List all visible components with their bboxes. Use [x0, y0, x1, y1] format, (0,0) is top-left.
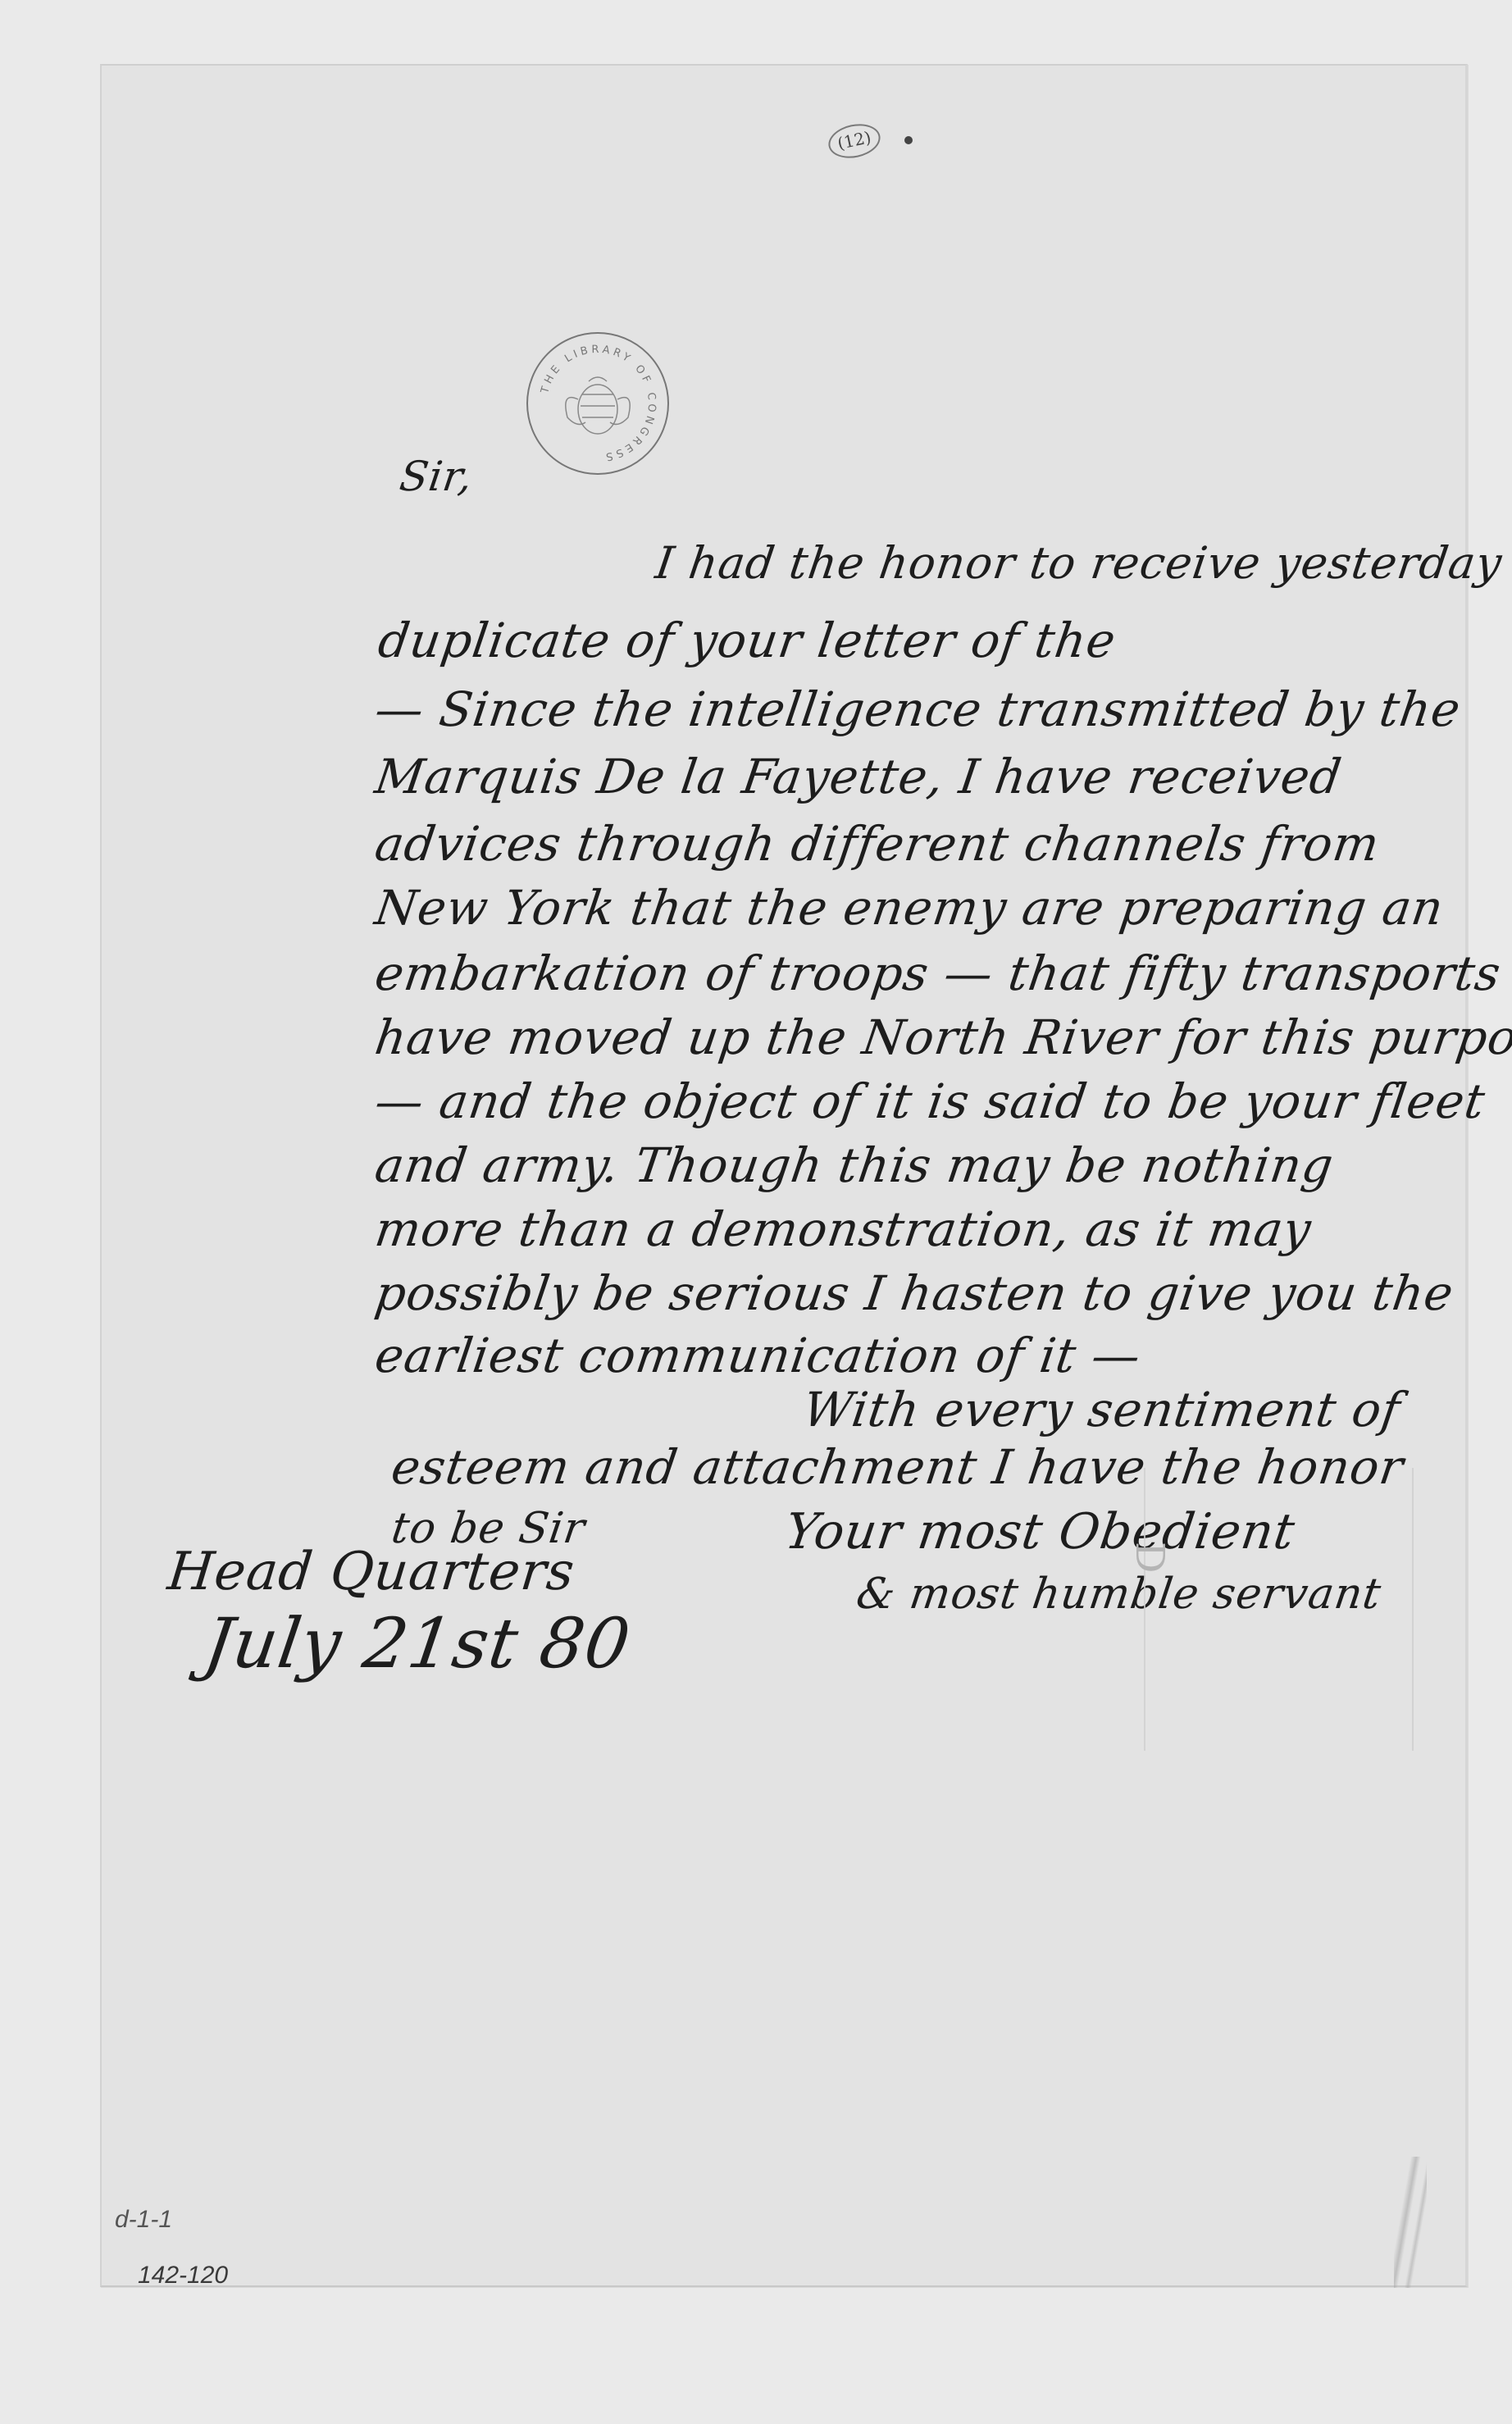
body-line: advices through different channels from [372, 820, 1382, 868]
closing-line: With every sentiment of [800, 1386, 1404, 1433]
body-line: earliest communication of it — [372, 1332, 1144, 1379]
body-line: possibly be serious I hasten to give you… [372, 1269, 1457, 1317]
archive-code-1: d-1-1 [115, 2206, 172, 2234]
body-line: I had the honor to receive yesterday [653, 541, 1505, 585]
docket-note: D [1127, 1542, 1173, 1573]
body-line: more than a demonstration, as it may [372, 1205, 1314, 1253]
folio-dot [904, 136, 913, 144]
manuscript-scan: (12) THE LIBRARY OF CONGRESS Sir, I had … [0, 0, 1512, 2424]
place-line: Head Quarters [165, 1542, 577, 1602]
body-line: have moved up the North River for this p… [372, 1014, 1512, 1061]
docket-strip [1144, 1468, 1414, 1751]
body-line: and army. Though this may be nothing [372, 1141, 1337, 1189]
body-line: — and the object of it is said to be you… [372, 1078, 1488, 1125]
body-line: New York that the enemy are preparing an [372, 884, 1446, 932]
salutation: Sir, [397, 456, 476, 497]
library-of-congress-stamp: THE LIBRARY OF CONGRESS [526, 332, 669, 475]
eagle-seal-icon: THE LIBRARY OF CONGRESS [528, 334, 667, 473]
body-line: embarkation of troops — that fifty trans… [372, 950, 1504, 997]
svg-text:THE LIBRARY OF CONGRESS: THE LIBRARY OF CONGRESS [539, 344, 658, 463]
body-line: — Since the intelligence transmitted by … [372, 686, 1464, 733]
body-line: Marquis De la Fayette, I have received [372, 753, 1345, 800]
body-line: duplicate of your letter of the [376, 617, 1119, 664]
date-line: July 21st 80 [199, 1603, 635, 1684]
archive-code-2: 142-120 [138, 2262, 228, 2290]
edge-smudge [1394, 2157, 1427, 2288]
